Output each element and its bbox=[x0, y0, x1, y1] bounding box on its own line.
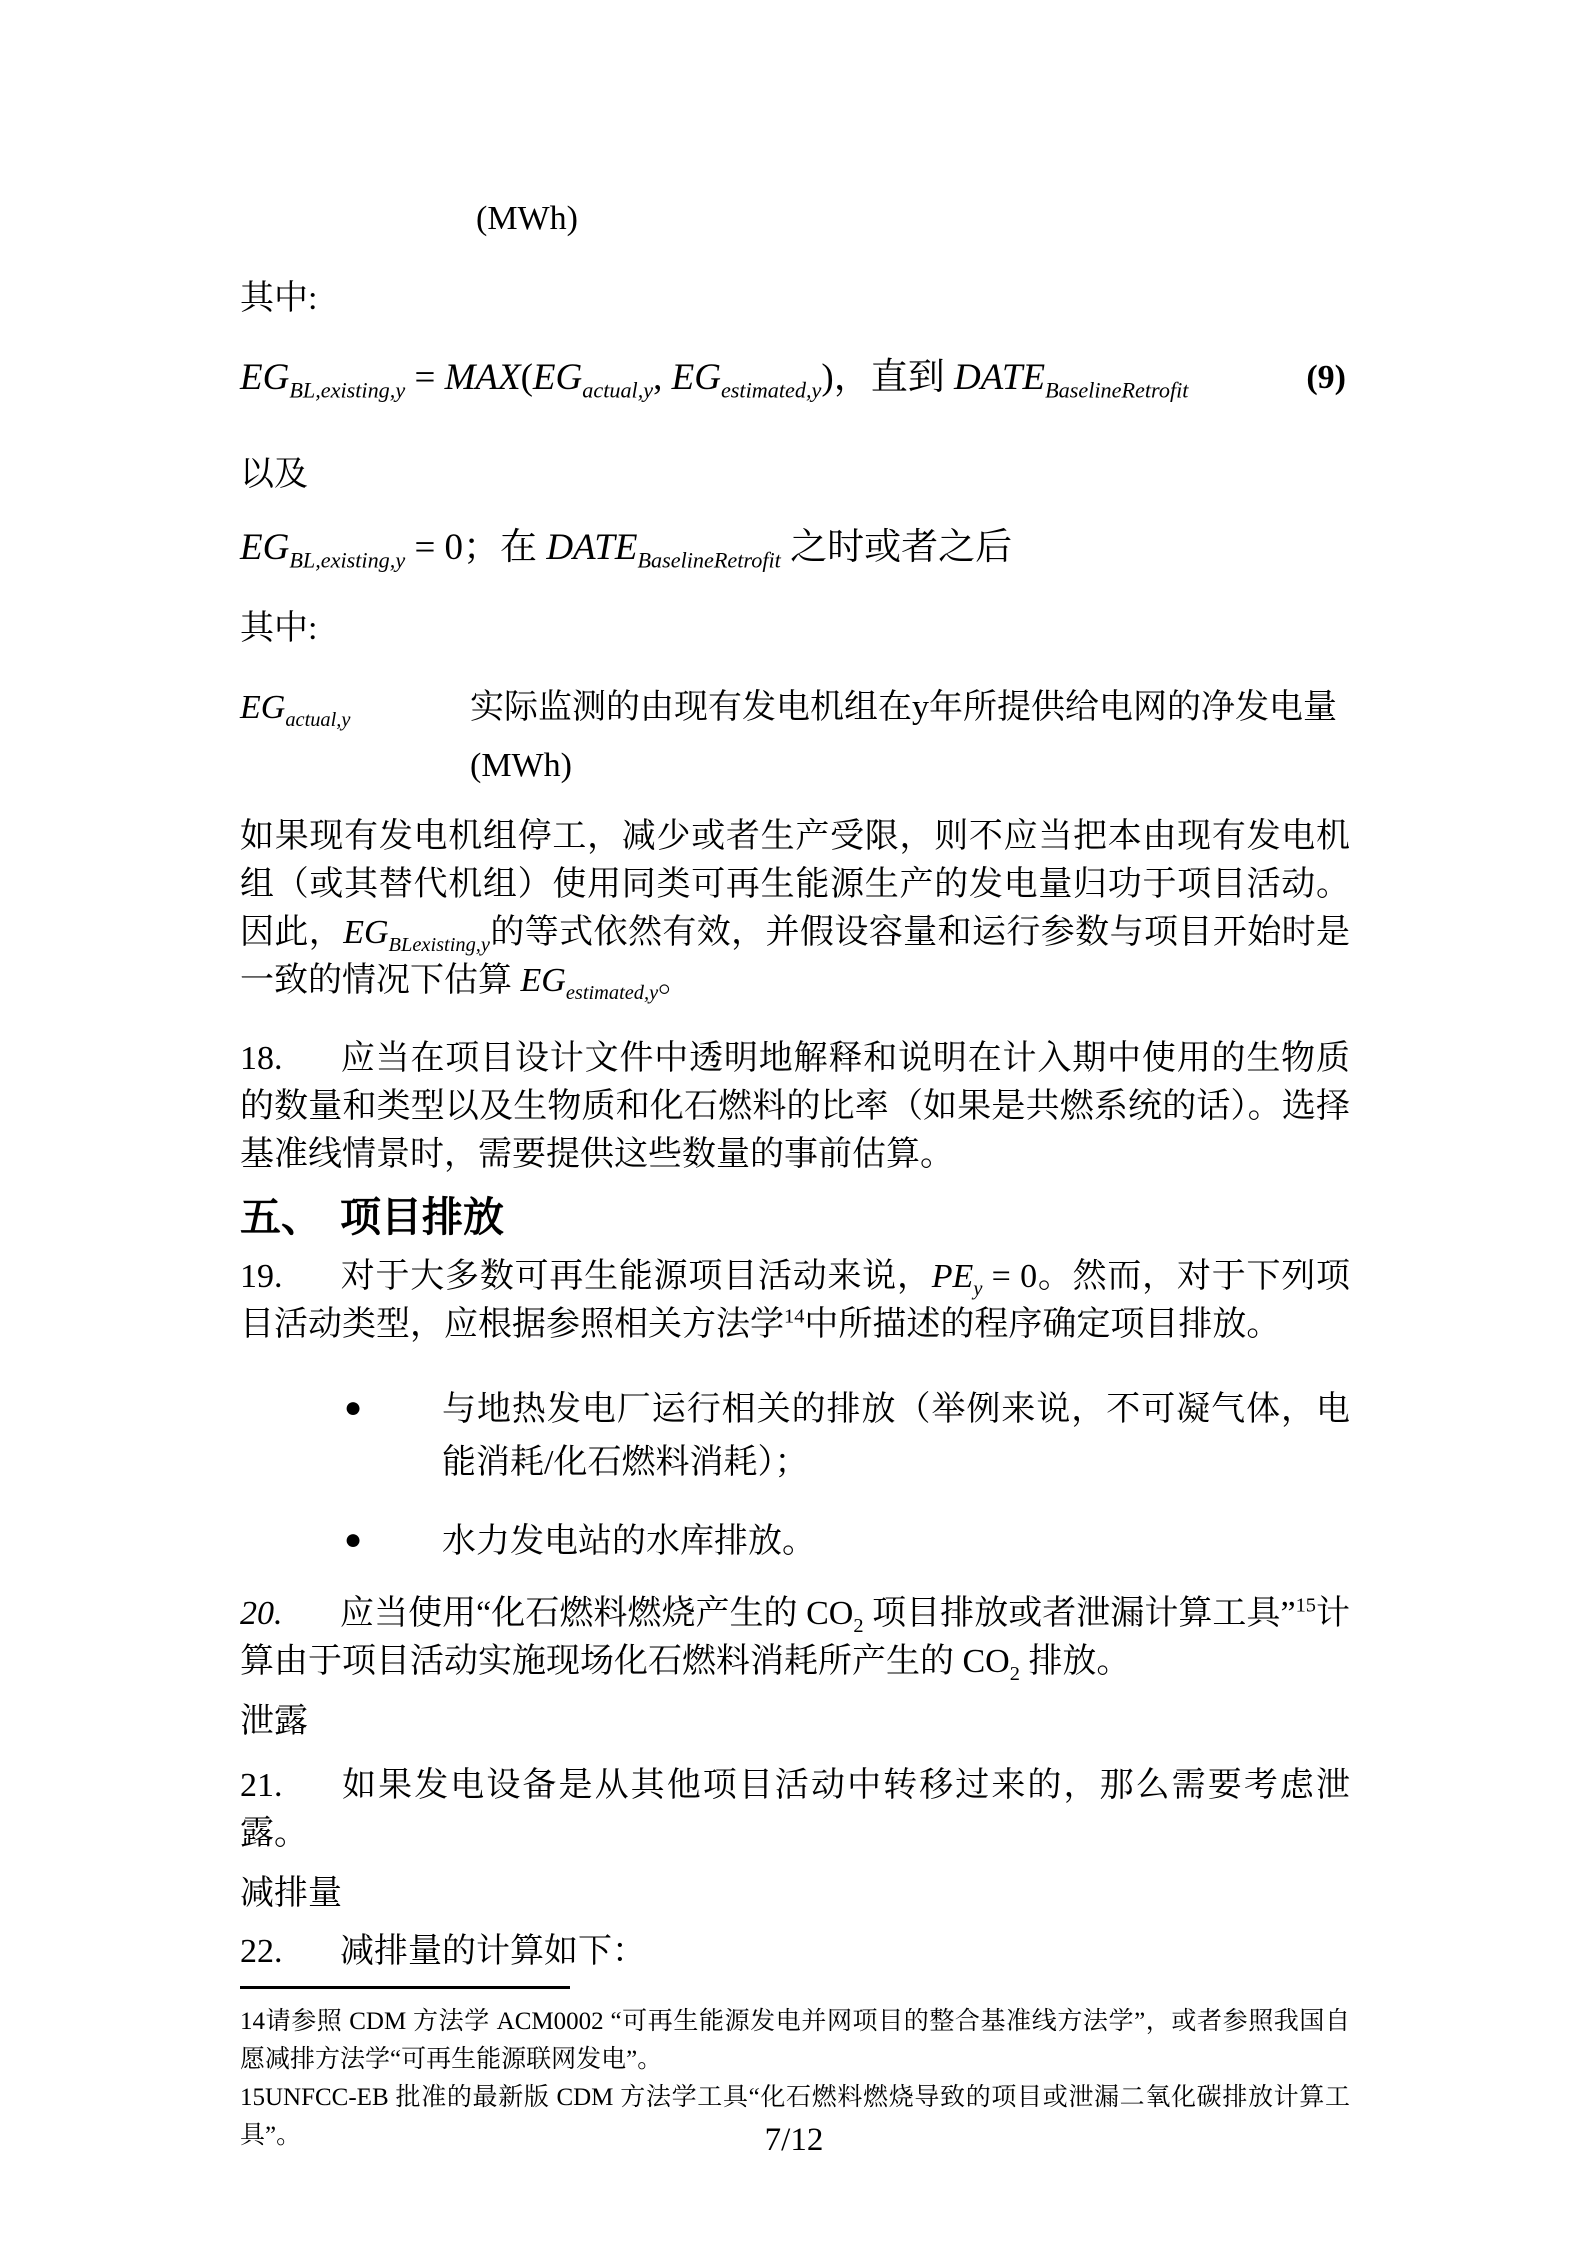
definition-body: 实际监测的由现有发电机组在y年所提供给电网的净发电量 (MWh) bbox=[470, 679, 1350, 795]
paragraph-22: 22.减排量的计算如下： bbox=[240, 1928, 1350, 1976]
definition-term: EGactual,y bbox=[240, 679, 470, 795]
bullet-item-text: 与地热发电厂运行相关的排放（举例来说，不可凝气体，电能消耗/化石燃料消耗）； bbox=[442, 1391, 1350, 1481]
emission-reduction-label: 减排量 bbox=[240, 1870, 1350, 1918]
footnote-separator bbox=[240, 1986, 570, 1989]
definition-row: EGactual,y 实际监测的由现有发电机组在y年所提供给电网的净发电量 (M… bbox=[240, 679, 1350, 795]
paragraph-21-number: 21. bbox=[240, 1762, 340, 1810]
paragraph-18: 18.应当在项目设计文件中透明地解释和说明在计入期中使用的生物质的数量和类型以及… bbox=[240, 1035, 1350, 1179]
bullet-icon: ● bbox=[344, 1381, 362, 1434]
bullet-item-geothermal: ●与地热发电厂运行相关的排放（举例来说，不可凝气体，电能消耗/化石燃料消耗）； bbox=[240, 1383, 1350, 1489]
definition-text: 实际监测的由现有发电机组在y年所提供给电网的净发电量 bbox=[470, 679, 1350, 737]
equation-9-row: EGBL,existing,y = MAX(EGactual,y, EGesti… bbox=[240, 347, 1350, 409]
paragraph-stop: 如果现有发电机组停工，减少或者生产受限，则不应当把本由现有发电机组（或其替代机组… bbox=[240, 813, 1350, 1005]
document-page: (MWh) 其中: EGBL,existing,y = MAX(EGactual… bbox=[0, 0, 1588, 2245]
paragraph-21: 21.如果发电设备是从其他项目活动中转移过来的，那么需要考虑泄露。 bbox=[240, 1762, 1350, 1858]
section-title: 项目排放 bbox=[340, 1194, 504, 1240]
paragraph-20-text: 应当使用“化石燃料燃烧产生的 CO2 项目排放或者泄漏计算工具”15计算由于项目… bbox=[240, 1595, 1350, 1680]
footnote-14: 14请参照 CDM 方法学 ACM0002 “可再生能源发电并网项目的整合基准线… bbox=[240, 2003, 1350, 2079]
paragraph-22-text: 减排量的计算如下： bbox=[340, 1933, 646, 1970]
paragraph-21-text: 如果发电设备是从其他项目活动中转移过来的，那么需要考虑泄露。 bbox=[240, 1767, 1350, 1852]
paragraph-19-text: 对于大多数可再生能源项目活动来说，PEy = 0。然而，对于下列项目活动类型，应… bbox=[240, 1258, 1350, 1343]
leakage-label: 泄露 bbox=[240, 1698, 1350, 1746]
equation-9: EGBL,existing,y = MAX(EGactual,y, EGesti… bbox=[240, 347, 1188, 409]
paragraph-19: 19.对于大多数可再生能源项目活动来说，PEy = 0。然而，对于下列项目活动类… bbox=[240, 1253, 1350, 1349]
paragraph-19-number: 19. bbox=[240, 1253, 340, 1301]
paragraph-18-number: 18. bbox=[240, 1035, 340, 1083]
where-label-1: 其中: bbox=[240, 275, 1350, 323]
where-label-2: 其中: bbox=[240, 605, 1350, 653]
and-label: 以及 bbox=[240, 451, 1350, 499]
unit-line-top: (MWh) bbox=[476, 195, 1350, 243]
paragraph-20: 20.应当使用“化石燃料燃烧产生的 CO2 项目排放或者泄漏计算工具”15计算由… bbox=[240, 1590, 1350, 1686]
paragraph-22-number: 22. bbox=[240, 1928, 340, 1976]
bullet-icon: ● bbox=[344, 1513, 362, 1566]
equation-10: EGBL,existing,y = 0；在 DATEBaselineRetrof… bbox=[240, 517, 1350, 579]
section-number: 五、 bbox=[240, 1189, 340, 1245]
bullet-item-hydro: ●水力发电站的水库排放。 bbox=[240, 1515, 1350, 1568]
page-number: 7/12 bbox=[0, 2122, 1588, 2159]
paragraph-18-text: 应当在项目设计文件中透明地解释和说明在计入期中使用的生物质的数量和类型以及生物质… bbox=[240, 1040, 1350, 1173]
definition-unit: (MWh) bbox=[470, 737, 1350, 795]
paragraph-20-number: 20. bbox=[240, 1590, 340, 1638]
section-heading-project-emissions: 五、项目排放 bbox=[240, 1189, 1350, 1245]
bullet-item-text: 水力发电站的水库排放。 bbox=[442, 1523, 816, 1560]
equation-9-label: (9) bbox=[1306, 347, 1350, 409]
